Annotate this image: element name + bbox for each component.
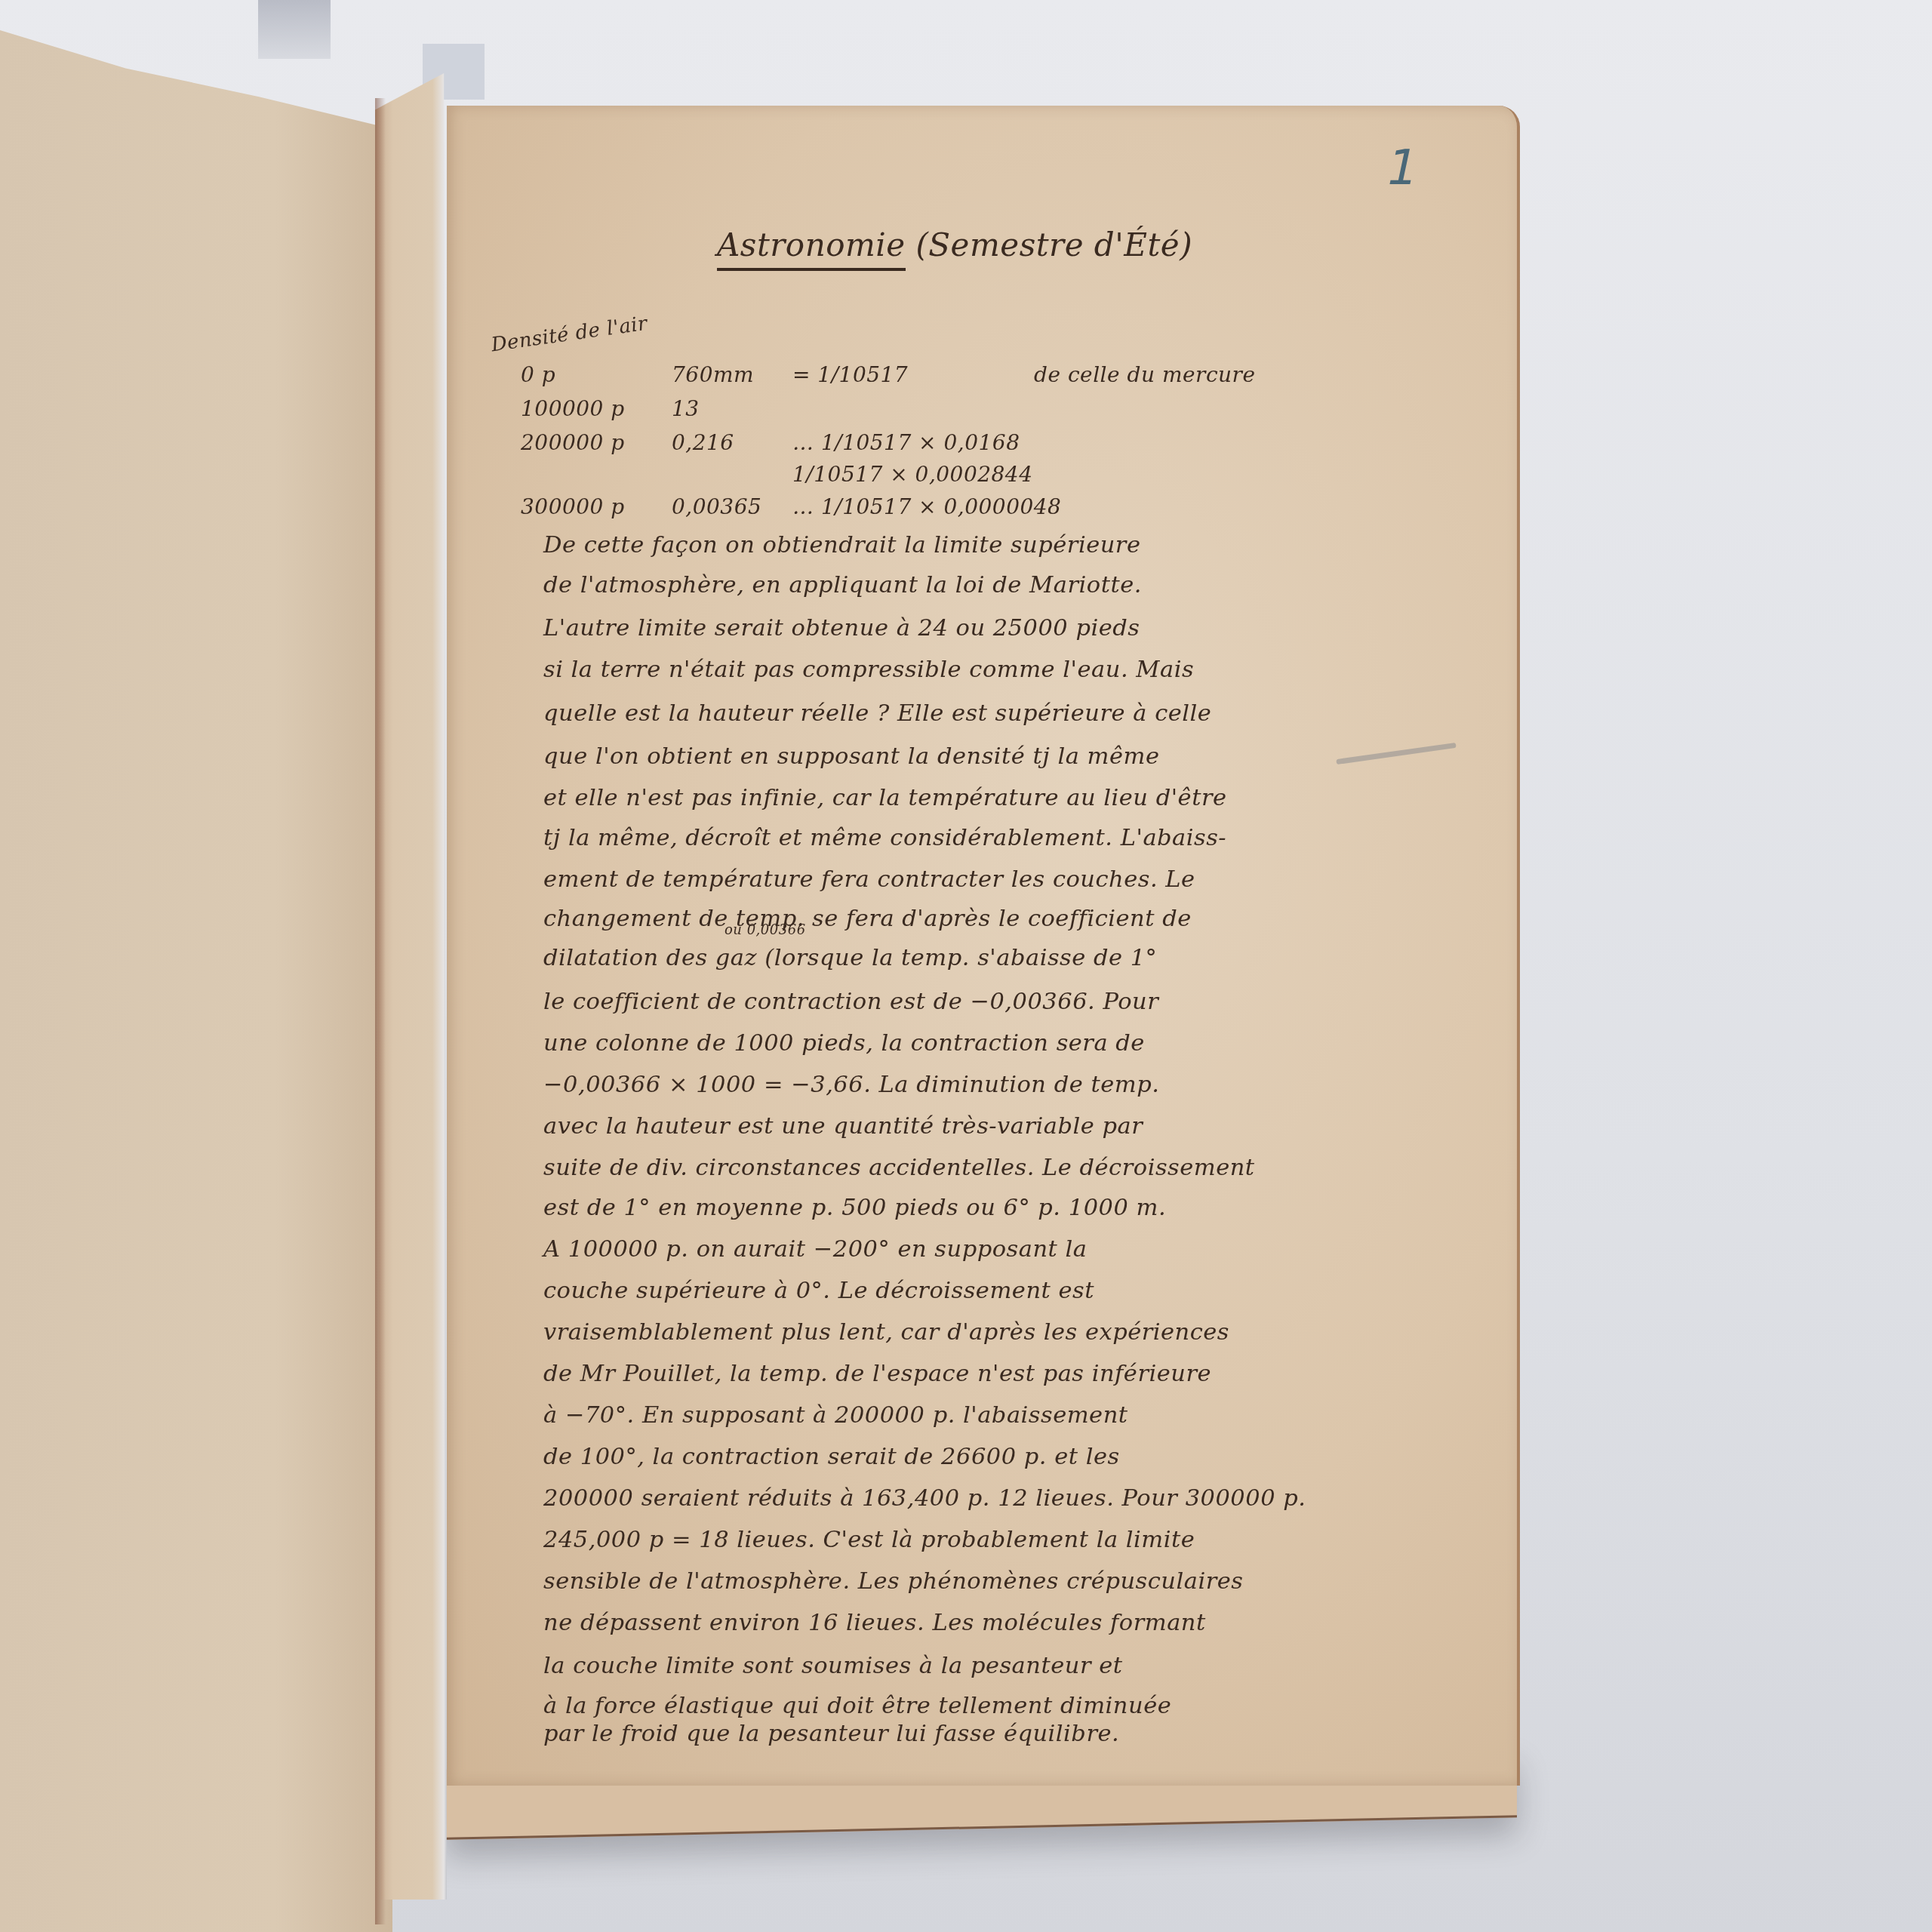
text-line: de l'atmosphère, en appliquant la loi de… xyxy=(543,572,1142,598)
page-title: Astronomie (Semestre d'Été) xyxy=(717,226,1192,263)
text-line: suite de div. circonstances accidentelle… xyxy=(543,1155,1255,1181)
text-line: que l'on obtient en supposant la densité… xyxy=(543,743,1160,770)
text-line: De cette façon on obtiendrait la limite … xyxy=(543,532,1140,558)
text-line: à la force élastique qui doit être telle… xyxy=(543,1693,1171,1719)
text-line: si la terre n'était pas compressible com… xyxy=(543,657,1194,683)
text-line: à −70°. En supposant à 200000 p. l'abais… xyxy=(543,1402,1128,1429)
text-line: L'autre limite serait obtenue à 24 ou 25… xyxy=(543,615,1140,641)
text-line: ne dépassent environ 16 lieues. Les molé… xyxy=(543,1610,1206,1636)
text-line: sensible de l'atmosphère. Les phénomènes… xyxy=(543,1568,1243,1595)
title-main: Astronomie xyxy=(717,226,906,271)
text-line: A 100000 p. on aurait −200° en supposant… xyxy=(543,1236,1087,1263)
text-line: dilatation des gaz (lorsque la temp. s'a… xyxy=(543,945,1157,971)
title-subtitle: (Semestre d'Été) xyxy=(915,226,1192,263)
text-line: couche supérieure à 0°. Le décroissement… xyxy=(543,1278,1094,1304)
text-line: vraisemblablement plus lent, car d'après… xyxy=(543,1319,1229,1346)
table-row: 100000 p13 xyxy=(521,396,1034,421)
text-line: quelle est la hauteur réelle ? Elle est … xyxy=(543,700,1211,727)
text-line: par le froid que la pesanteur lui fasse … xyxy=(543,1721,1119,1747)
text-line: −0,00366 × 1000 = −3,66. La diminution d… xyxy=(543,1072,1159,1098)
paper-tab xyxy=(258,0,331,59)
text-line: de Mr Pouillet, la temp. de l'espace n'e… xyxy=(543,1361,1211,1387)
text-line: avec la hauteur est une quantité très-va… xyxy=(543,1113,1143,1140)
text-line: de 100°, la contraction serait de 26600 … xyxy=(543,1444,1120,1470)
table-row: 300000 p0,00365… 1/10517 × 0,0000048 xyxy=(521,494,1034,519)
left-page xyxy=(0,30,392,1932)
text-line: une colonne de 1000 pieds, la contractio… xyxy=(543,1030,1145,1057)
text-line: ement de température fera contracter les… xyxy=(543,866,1195,893)
interlinear-note: ou 0,00366 xyxy=(724,922,806,938)
text-line: le coefficient de contraction est de −0,… xyxy=(543,989,1158,1015)
text-line: est de 1° en moyenne p. 500 pieds ou 6° … xyxy=(543,1195,1166,1221)
gutter-shadow xyxy=(375,98,386,1924)
text-line: tj la même, décroît et même considérable… xyxy=(543,825,1226,851)
table-row: 0 p760mm= 1/10517de celle du mercure xyxy=(521,362,1256,387)
text-line: la couche limite sont soumises à la pesa… xyxy=(543,1653,1122,1679)
inserted-flap xyxy=(375,73,447,1900)
text-line: et elle n'est pas infinie, car la tempér… xyxy=(543,785,1227,811)
table-row: 200000 p0,216… 1/10517 × 0,0168 xyxy=(521,430,1034,455)
text-line: 245,000 p = 18 lieues. C'est là probable… xyxy=(543,1527,1195,1553)
table-row: 1/10517 × 0,0002844 xyxy=(521,462,1034,487)
text-line: 200000 seraient réduits à 163,400 p. 12 … xyxy=(543,1485,1306,1512)
text-line: changement de temp. se fera d'après le c… xyxy=(543,906,1192,932)
